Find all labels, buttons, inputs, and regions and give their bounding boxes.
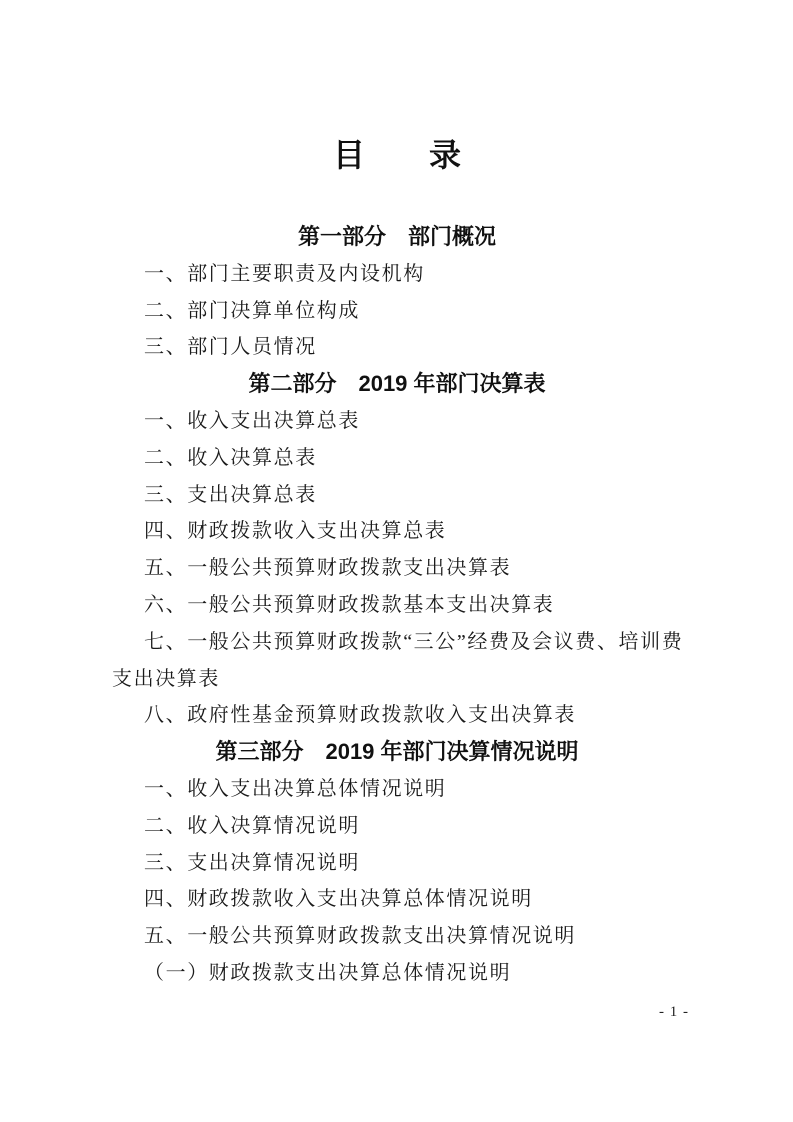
document-page: 目 录 第一部分 部门概况 一、部门主要职责及内设机构 二、部门决算单位构成 三… (0, 0, 793, 1122)
toc-item-continuation: 支出决算表 (112, 661, 682, 698)
page-number: - 1 - (659, 1004, 689, 1021)
toc-item: 四、财政拨款收入支出决算总表 (112, 513, 682, 550)
toc-item: 二、收入决算总表 (112, 440, 682, 477)
toc-item: 一、收入支出决算总体情况说明 (112, 771, 682, 808)
toc-item: 二、部门决算单位构成 (112, 293, 682, 330)
toc-item: 一、收入支出决算总表 (112, 403, 682, 440)
section-heading-1: 第一部分 部门概况 (112, 219, 682, 256)
page-content: 目 录 第一部分 部门概况 一、部门主要职责及内设机构 二、部门决算单位构成 三… (112, 0, 682, 992)
toc-item: 八、政府性基金预算财政拨款收入支出决算表 (112, 697, 682, 734)
toc-item: 四、财政拨款收入支出决算总体情况说明 (112, 881, 682, 918)
toc-item: 一、部门主要职责及内设机构 (112, 256, 682, 293)
page-title: 目 录 (112, 131, 682, 179)
toc-item: （一）财政拨款支出决算总体情况说明 (112, 955, 682, 992)
toc-item: 七、一般公共预算财政拨款“三公”经费及会议费、培训费 (112, 624, 682, 661)
toc-item: 三、部门人员情况 (112, 329, 682, 366)
section-heading-2: 第二部分 2019 年部门决算表 (112, 366, 682, 403)
toc-item: 六、一般公共预算财政拨款基本支出决算表 (112, 587, 682, 624)
table-of-contents: 第一部分 部门概况 一、部门主要职责及内设机构 二、部门决算单位构成 三、部门人… (112, 219, 682, 992)
toc-item: 五、一般公共预算财政拨款支出决算表 (112, 550, 682, 587)
toc-item: 二、收入决算情况说明 (112, 808, 682, 845)
toc-item: 三、支出决算总表 (112, 477, 682, 514)
section-heading-3: 第三部分 2019 年部门决算情况说明 (112, 734, 682, 771)
toc-item: 五、一般公共预算财政拨款支出决算情况说明 (112, 918, 682, 955)
toc-item: 三、支出决算情况说明 (112, 845, 682, 882)
